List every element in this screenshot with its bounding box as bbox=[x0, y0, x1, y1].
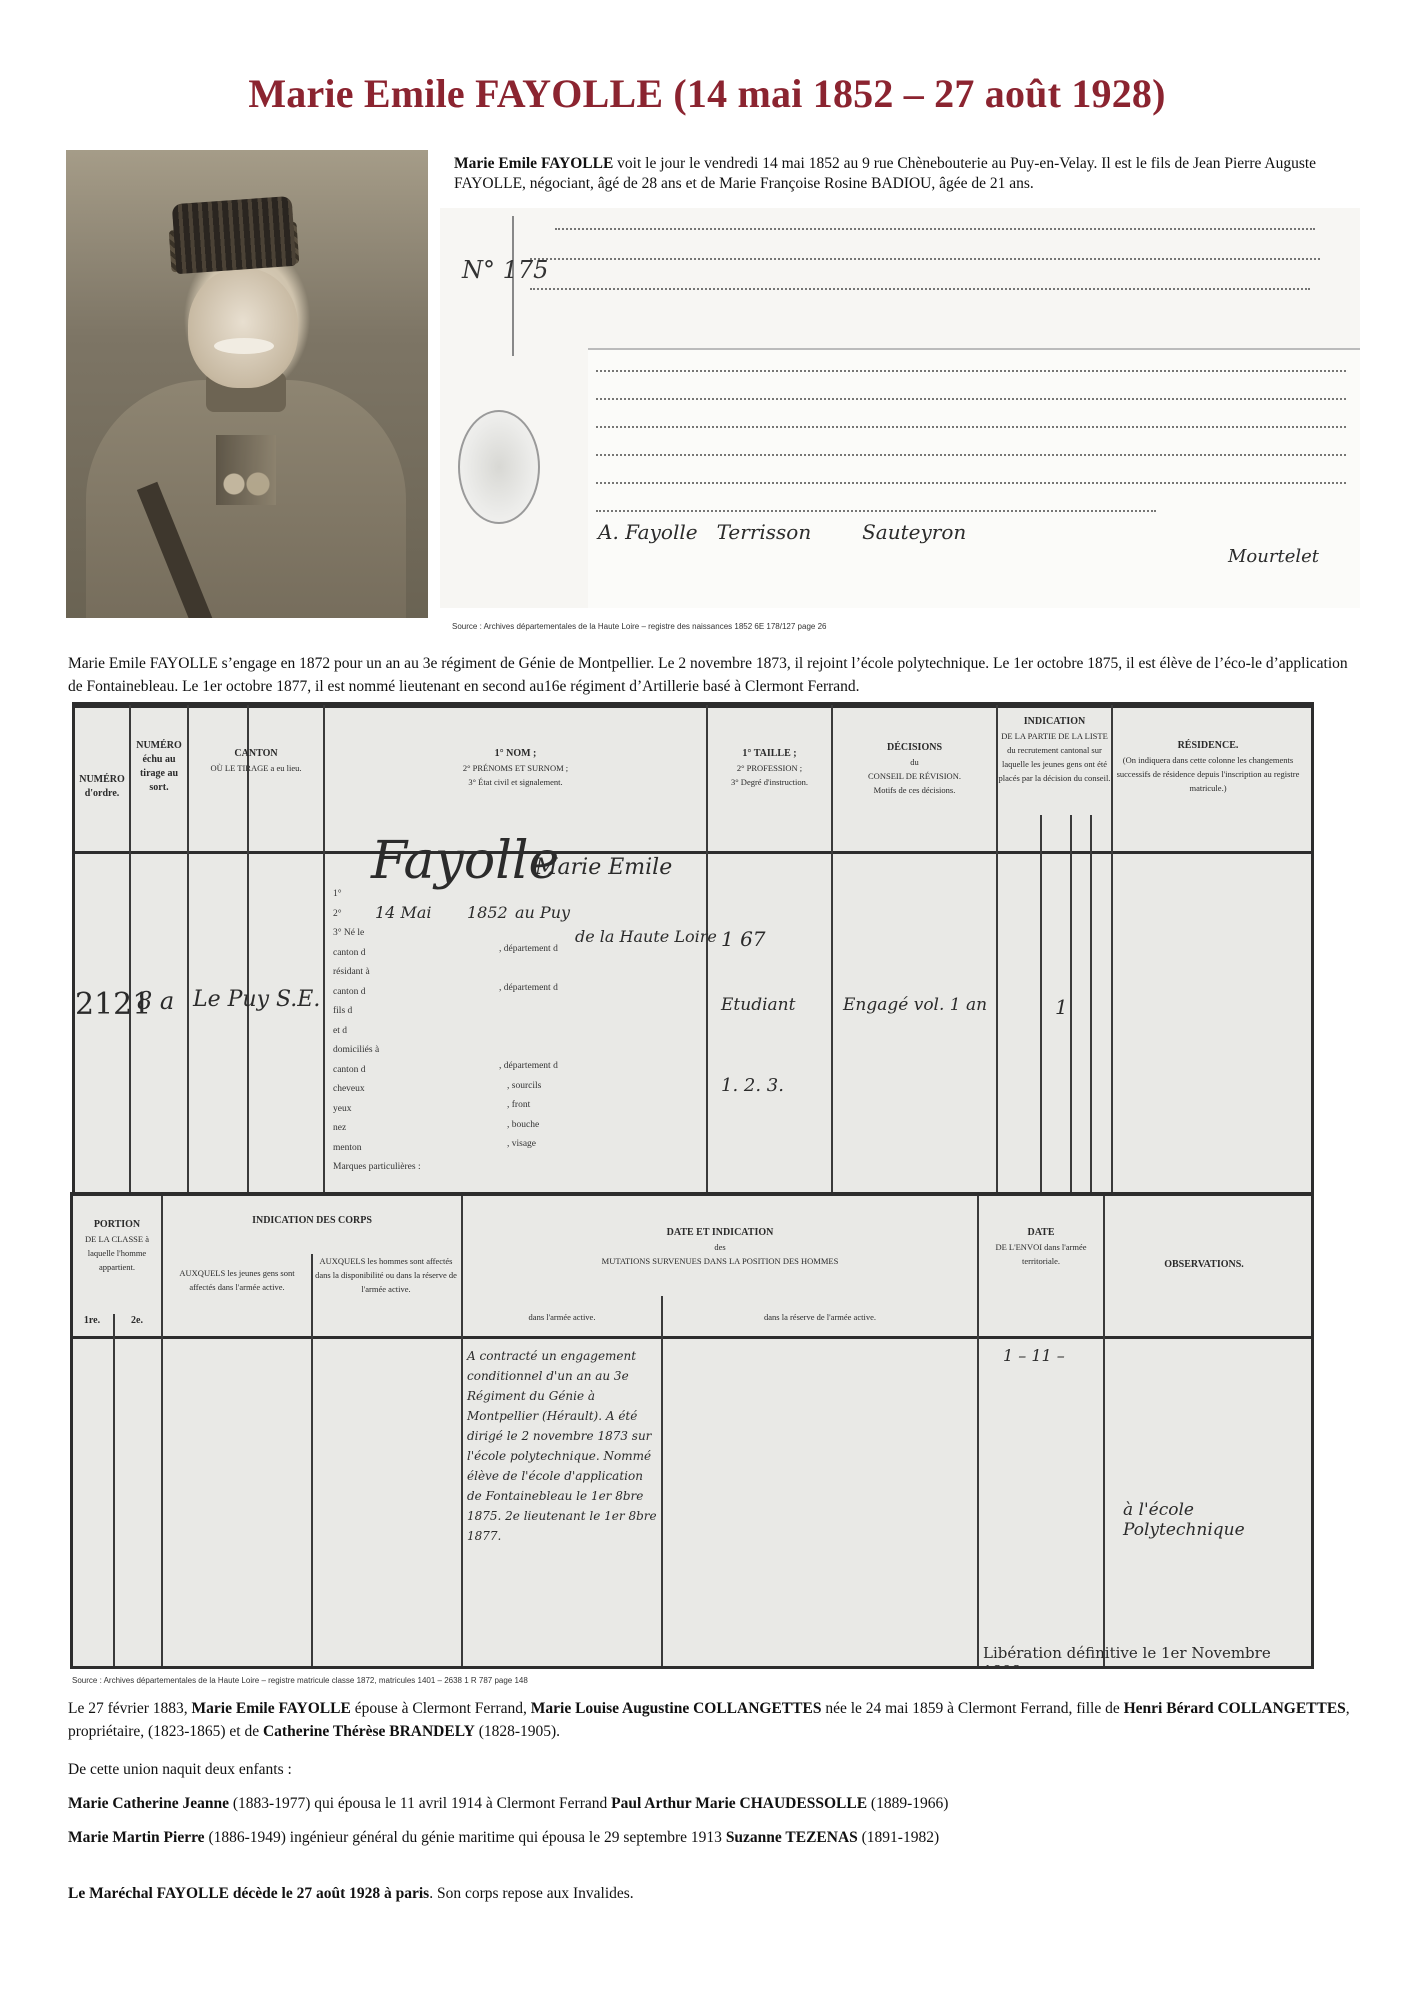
cell-indication: 1 bbox=[1055, 995, 1068, 1019]
cell-departement: de la Haute Loire bbox=[575, 927, 717, 946]
tax-stamp-seal-icon bbox=[458, 410, 540, 524]
signature-mayor: Mourtelet bbox=[1228, 546, 1319, 567]
label-departement-3: , département d bbox=[499, 1061, 558, 1071]
cell-observations: à l'école Polytechnique bbox=[1123, 1500, 1311, 1540]
birth-record-page: A. Fayolle Terrisson Sauteyron Mourtelet bbox=[588, 348, 1360, 608]
header-auxquels-hommes: AUXQUELS les hommes sont affectés dans l… bbox=[315, 1254, 457, 1296]
cell-lieu: au Puy bbox=[515, 903, 570, 922]
child-1: Marie Catherine Jeanne (1883-1977) qui é… bbox=[68, 1792, 1358, 1815]
signature-fayolle: A. Fayolle Terrisson Sauteyron bbox=[598, 520, 966, 544]
birth-source: Source : Archives départementales de la … bbox=[452, 622, 826, 631]
liberation-stamp: Libération définitive le 1er Novembre 18… bbox=[983, 1644, 1311, 1669]
military-register-bottom: PORTION DE LA CLASSE à laquelle l'homme … bbox=[70, 1192, 1314, 1669]
cell-prenoms: Marie Emile bbox=[535, 855, 672, 880]
cell-date-envoi: 1 – 11 – bbox=[1003, 1346, 1065, 1365]
header-portion-1: 1re. bbox=[77, 1314, 107, 1328]
header-observations: OBSERVATIONS. bbox=[1105, 1258, 1303, 1272]
birth-record-scan: N° 175 A. Fayolle Terrisson Sauteyron Mo… bbox=[440, 208, 1360, 608]
header-nom: 1° NOM ; 2° PRÉNOMS ET SURNOM ; 3° État … bbox=[325, 747, 706, 789]
cell-numero-tirage: 8 a bbox=[137, 987, 174, 1015]
header-corps: INDICATION DES CORPS bbox=[163, 1214, 461, 1228]
portrait-photo bbox=[66, 150, 428, 618]
child-2: Marie Martin Pierre (1886-1949) ingénieu… bbox=[68, 1826, 1358, 1849]
label-bouche: , bouche bbox=[507, 1120, 539, 1130]
header-numero-tirage: NUMÉRO échu au tirage au sort. bbox=[131, 739, 187, 795]
header-decisions: DÉCISIONS du CONSEIL DE RÉVISION. Motifs… bbox=[833, 741, 996, 797]
header-indication: INDICATION DE LA PARTIE DE LA LISTE du r… bbox=[998, 715, 1111, 785]
cell-canton: Le Puy S.E. bbox=[193, 987, 320, 1012]
header-portion: PORTION DE LA CLASSE à laquelle l'homme … bbox=[73, 1218, 161, 1274]
children-intro: De cette union naquit deux enfants : bbox=[68, 1758, 1358, 1781]
header-numero-ordre: NUMÉRO d'ordre. bbox=[75, 773, 129, 801]
header-reserve: dans la réserve de l'armée active. bbox=[663, 1310, 977, 1324]
cell-instruction: 1. 2. 3. bbox=[721, 1075, 784, 1096]
header-armee-active: dans l'armée active. bbox=[463, 1310, 661, 1324]
etat-civil-labels: 1° 2° 3° Né le canton d résidant à canto… bbox=[333, 885, 433, 1178]
header-date-envoi: DATE DE L'ENVOI dans l'armée territorial… bbox=[979, 1226, 1103, 1268]
header-portion-2: 2e. bbox=[117, 1314, 157, 1328]
header-auxquels-jeunes: AUXQUELS les jeunes gens sont affectés d… bbox=[167, 1266, 307, 1294]
label-sourcils: , sourcils bbox=[507, 1081, 541, 1091]
label-front: , front bbox=[507, 1100, 530, 1110]
label-departement-1: , département d bbox=[499, 944, 558, 954]
cell-annee: 1852 bbox=[467, 903, 508, 922]
career-paragraph: Marie Emile FAYOLLE s’engage en 1872 pou… bbox=[68, 652, 1358, 698]
medals-icon bbox=[216, 435, 276, 505]
death-paragraph: Le Maréchal FAYOLLE décède le 27 août 19… bbox=[68, 1882, 1358, 1905]
header-mutations: DATE ET INDICATION des MUTATIONS SURVENU… bbox=[463, 1226, 977, 1268]
register-source: Source : Archives départementales de la … bbox=[72, 1676, 528, 1685]
intro-name: Marie Emile FAYOLLE bbox=[454, 155, 613, 172]
label-visage: , visage bbox=[507, 1139, 536, 1149]
header-taille: 1° TAILLE ; 2° PROFESSION ; 3° Degré d'i… bbox=[708, 747, 831, 789]
page-title: Marie Emile FAYOLLE (14 mai 1852 – 27 ao… bbox=[0, 70, 1414, 117]
header-canton: CANTON OÙ LE TIRAGE a eu lieu. bbox=[189, 747, 323, 775]
cell-profession: Etudiant bbox=[721, 995, 795, 1015]
header-residence: RÉSIDENCE. (On indiquera dans cette colo… bbox=[1113, 739, 1303, 795]
record-number: N° 175 bbox=[462, 256, 548, 284]
cell-nom: Fayolle bbox=[371, 831, 559, 891]
marriage-paragraph: Le 27 février 1883, Marie Emile FAYOLLE … bbox=[68, 1697, 1358, 1743]
birth-intro: Marie Emile FAYOLLE voit le jour le vend… bbox=[454, 154, 1350, 194]
cell-taille: 1 67 bbox=[721, 927, 766, 951]
label-departement-2: , département d bbox=[499, 983, 558, 993]
military-register-top: NUMÉRO d'ordre. NUMÉRO échu au tirage au… bbox=[72, 702, 1314, 1196]
cell-decision: Engagé vol. 1 an bbox=[843, 995, 987, 1015]
cell-mutations: A contracté un engagement conditionnel d… bbox=[467, 1346, 657, 1546]
kepi-icon bbox=[172, 196, 297, 274]
